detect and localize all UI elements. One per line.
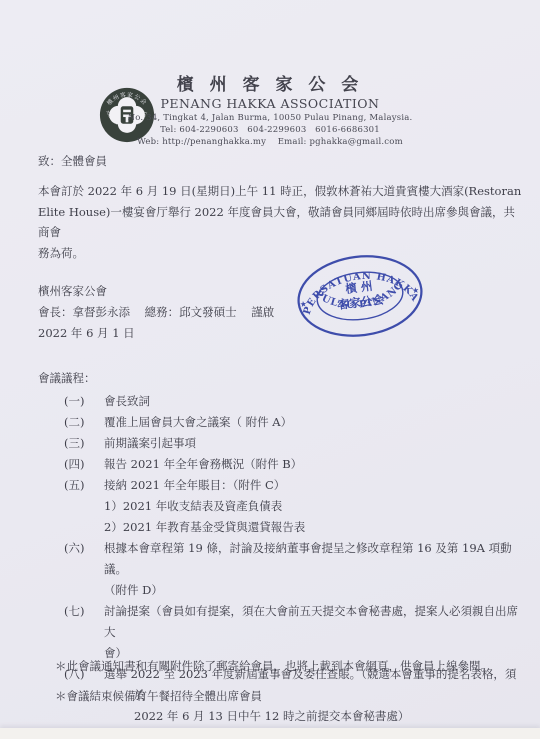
stamp-left-star: ★: [299, 299, 307, 309]
org-name-chinese: 檳 州 客 家 公 会: [40, 70, 500, 95]
org-phone: Tel: 604-2290603 604-2299603 6016-668630…: [40, 125, 500, 135]
agenda-item-text: 前期議案引起事項: [104, 433, 524, 454]
agenda-item-text: 覆准上屆會員大會之議案（ 附件 A）: [104, 412, 524, 433]
agenda-item-number: (二): [64, 412, 104, 433]
org-web-email: Web: http://penanghakka.my Email: pghakk…: [40, 137, 500, 147]
sender-org: 檳州客家公會: [38, 281, 274, 302]
agenda-item-number: (六): [64, 538, 104, 559]
agenda-item-number: (一): [64, 391, 104, 412]
footnote-mailing-notice: ＊此會議通知書和有關附件除了郵寄給會員，也將上載到本會網頁，供會員上線參閱。: [55, 658, 492, 674]
agenda-item: (四) 報告 2021 年全年會務概況（附件 B）: [38, 454, 524, 475]
sender-date: 2022 年 6 月 1 日: [38, 323, 274, 344]
agenda-item-number: (七): [64, 601, 104, 622]
recipient-line: 致：全體會員: [38, 153, 107, 169]
agenda-item: (三) 前期議案引起事項: [38, 433, 524, 454]
meeting-notice-paragraph: 本會訂於 2022 年 6 月 19 日(星期日)上午 11 時正，假敦林蒼祐大…: [38, 181, 524, 263]
org-name-english: PENANG HAKKA ASSOCIATION: [40, 96, 500, 111]
scanned-letter-page: 檳州客家公会 PENANG HAKKA ASSOCIATION 檳 州 客 家 …: [0, 0, 540, 739]
agenda-item-text: 討論提案（會員如有提案，須在大會前五天提交本會秘書處，提案人必須親自出席大 會）: [104, 601, 524, 664]
agenda-item: (五) 接納 2021 年全年賬目：（附件 C） 1）2021 年收支結表及資產…: [38, 475, 524, 538]
agenda-item-number: (三): [64, 433, 104, 454]
scan-edge: [0, 728, 540, 739]
agenda-item: (一) 會長致詞: [38, 391, 524, 412]
sender-block: 檳州客家公會 會長：拿督彭永添 總務：邱文發碩士 謹啟 2022 年 6 月 1…: [38, 281, 274, 344]
stamp-center-line2: 客家公会: [337, 292, 385, 312]
agenda-item-text: 報告 2021 年全年會務概況（附件 B）: [104, 454, 524, 475]
letterhead: 檳 州 客 家 公 会 PENANG HAKKA ASSOCIATION No.…: [40, 70, 500, 147]
agenda-item: (七) 討論提案（會員如有提案，須在大會前五天提交本會秘書處，提案人必須親自出席…: [38, 601, 524, 664]
agenda-item-text: 接納 2021 年全年賬目：（附件 C） 1）2021 年收支結表及資產負債表 …: [104, 475, 524, 538]
agenda-item-text: 會長致詞: [104, 391, 524, 412]
agenda-heading: 會議議程：: [38, 368, 524, 389]
agenda-item-number: (五): [64, 475, 104, 496]
agenda-item: (六) 根據本會章程第 19 條，討論及接納董事會提呈之修改章程第 16 及第 …: [38, 538, 524, 601]
agenda-item: (二) 覆准上屆會員大會之議案（ 附件 A）: [38, 412, 524, 433]
sender-signatories: 會長：拿督彭永添 總務：邱文發碩士 謹啟: [38, 302, 274, 323]
agenda-item-number: (四): [64, 454, 104, 475]
agenda-item-text: 根據本會章程第 19 條，討論及接納董事會提呈之修改章程第 16 及第 19A …: [104, 538, 524, 601]
footnote-lunch-notice: ＊會議結束候備有午餐招待全體出席會員: [55, 688, 262, 704]
association-stamp: PERSATUAN HAKKA PULAU PINANG 檳 州 客家公会 ★ …: [289, 245, 430, 346]
stamp-right-star: ★: [412, 286, 420, 296]
org-address: No. 34, Tingkat 4, Jalan Burma, 10050 Pu…: [40, 113, 500, 123]
